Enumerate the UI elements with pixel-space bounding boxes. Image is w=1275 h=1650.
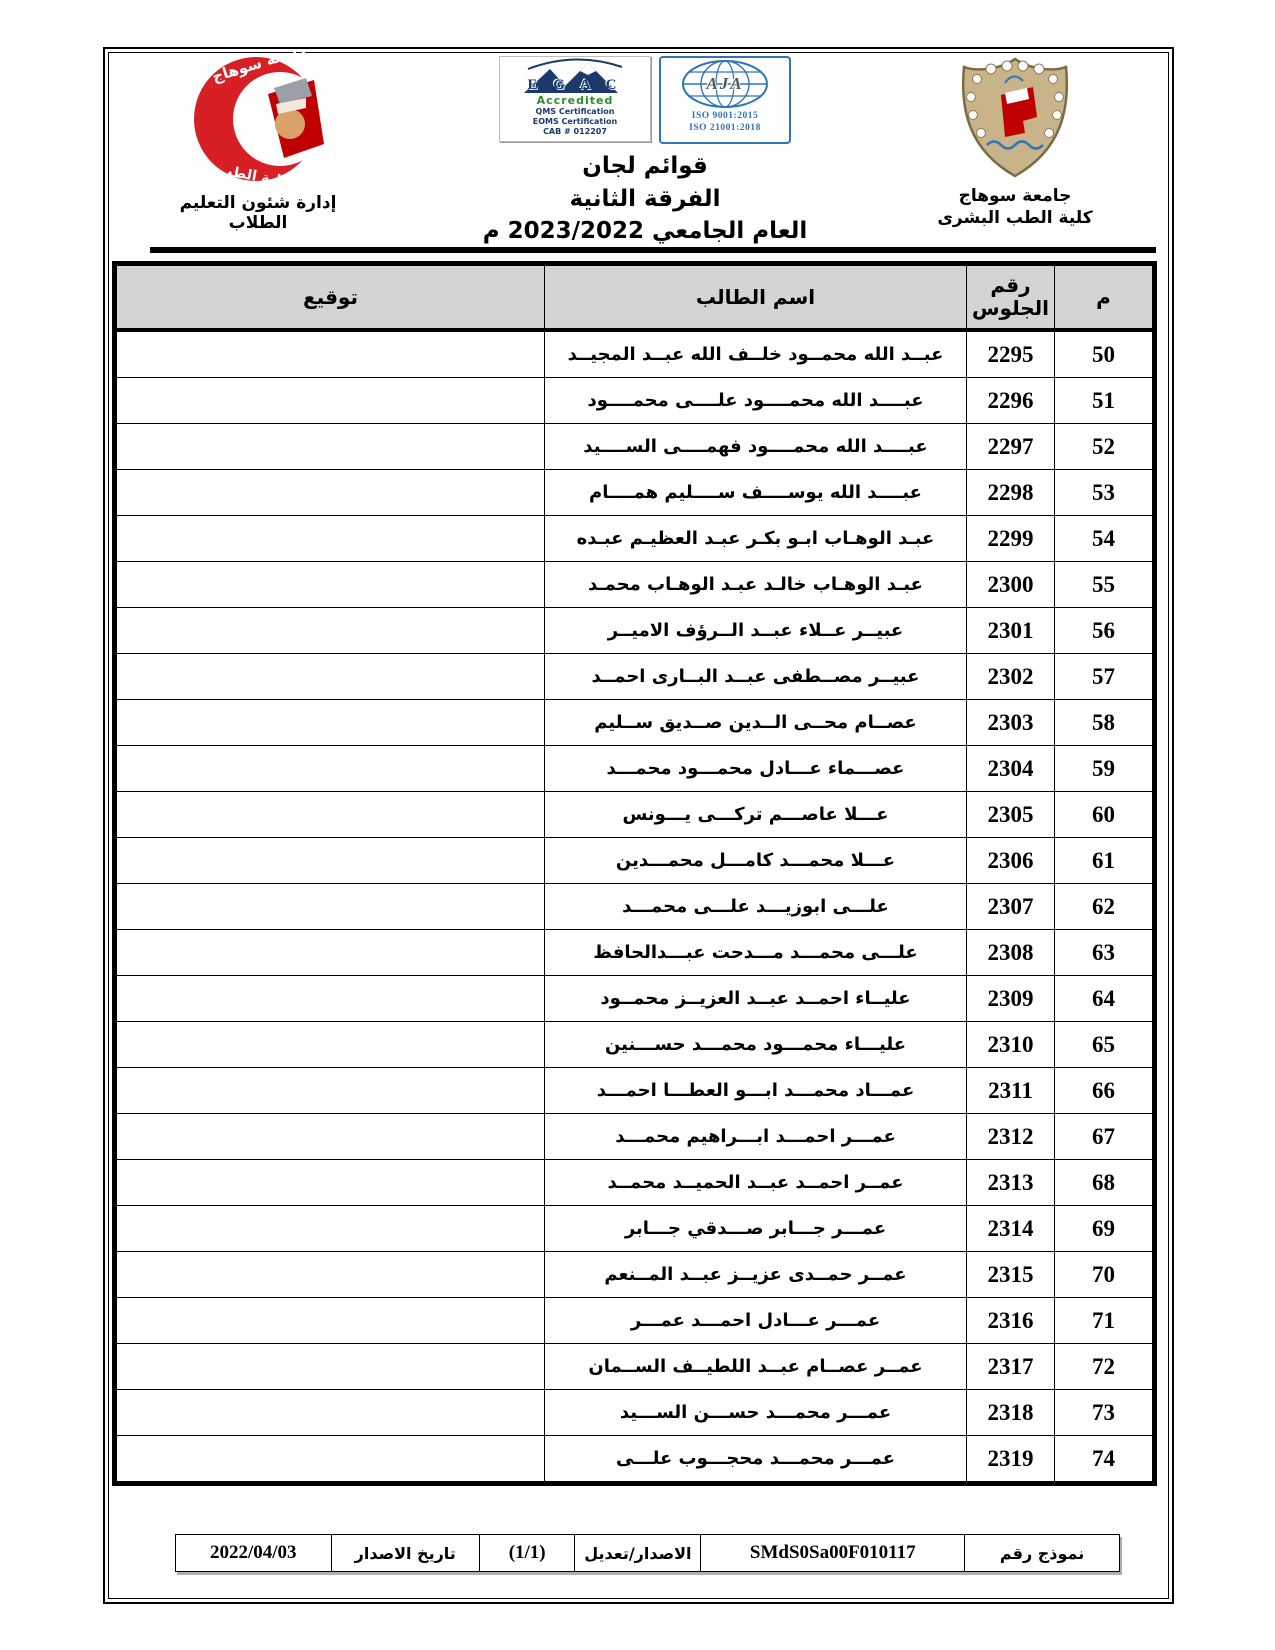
egac-line-cab: CAB # 012207	[533, 127, 617, 137]
row-signature-cell	[115, 424, 545, 470]
issue-date-value: 2022/04/03	[176, 1535, 332, 1572]
row-serial: 63	[1055, 930, 1155, 976]
row-seat-number: 2295	[967, 330, 1055, 378]
department-line: إدارة شئون التعليم الطلاب	[148, 193, 368, 233]
row-serial: 67	[1055, 1114, 1155, 1160]
row-signature-cell	[115, 470, 545, 516]
table-row: 62 2307 علـــى ابوزيـــد علـــى محمـــد	[115, 884, 1155, 930]
row-student-name: عمـــر احمـــد ابـــراهيم محمـــد	[545, 1114, 967, 1160]
form-info-row: نموذج رقم SMdS0Sa00F010117 الاصدار/تعديل…	[176, 1535, 1120, 1572]
table-row: 52 2297 عبــــد الله محمــــود فهمــــى …	[115, 424, 1155, 470]
row-student-name: عمـــاد محمـــد ابـــو العطـــا احمـــد	[545, 1068, 967, 1114]
row-signature-cell	[115, 654, 545, 700]
sohag-medicine-crescent-logo: جامعة سوهاج كلية الطب	[156, 52, 361, 187]
row-seat-number: 2306	[967, 838, 1055, 884]
table-row: 53 2298 عبــــد الله يوســــف ســــليم ه…	[115, 470, 1155, 516]
row-seat-number: 2310	[967, 1022, 1055, 1068]
document-title: قوائم لجان الفرقة الثانية العام الجامعي …	[470, 150, 820, 248]
row-student-name: عبـد الوهـاب خالـد عبـد الوهـاب محمـد	[545, 562, 967, 608]
form-number-value: SMdS0Sa00F010117	[701, 1535, 965, 1572]
header-student-name: اسم الطالب	[545, 264, 967, 331]
row-signature-cell	[115, 378, 545, 424]
title-line-1: قوائم لجان	[470, 150, 820, 183]
title-line-2: الفرقة الثانية	[470, 183, 820, 216]
row-serial: 68	[1055, 1160, 1155, 1206]
row-student-name: عليــاء احمــد عبــد العزيــز محمــود	[545, 976, 967, 1022]
issue-date-label: تاريخ الاصدار	[331, 1535, 479, 1572]
header-left-block: جامعة سوهاج كلية الطب إدارة شئون التعليم…	[148, 52, 368, 233]
table-header-row: م رقم الجلوس اسم الطالب توقيع	[115, 264, 1155, 331]
egac-line-eoms: EOMS Certification	[533, 117, 617, 127]
row-seat-number: 2304	[967, 746, 1055, 792]
row-student-name: عصــام محــى الــدين صــديق ســليم	[545, 700, 967, 746]
row-signature-cell	[115, 562, 545, 608]
table-body: 50 2295 عبــد الله محمــود خلــف الله عب…	[115, 330, 1155, 1484]
row-signature-cell	[115, 1114, 545, 1160]
egac-accredited-label: Accredited	[537, 94, 614, 107]
row-student-name: عبيــر مصــطفى عبــد البــارى احمــد	[545, 654, 967, 700]
aja-registrars-logo: AJA ISO 9001:2015 ISO 21001:2018	[659, 56, 791, 144]
row-seat-number: 2301	[967, 608, 1055, 654]
row-student-name: عمـــر محمـــد محجـــوب علـــى	[545, 1436, 967, 1484]
row-signature-cell	[115, 930, 545, 976]
issue-revision-value: (1/1)	[479, 1535, 574, 1572]
row-student-name: عمـــر جـــابر صـــدقي جـــابر	[545, 1206, 967, 1252]
row-student-name: عبيــر عــلاء عبــد الــرؤف الاميــر	[545, 608, 967, 654]
row-seat-number: 2303	[967, 700, 1055, 746]
table-row: 59 2304 عصـــماء عـــادل محمـــود محمـــ…	[115, 746, 1155, 792]
row-seat-number: 2317	[967, 1344, 1055, 1390]
row-serial: 70	[1055, 1252, 1155, 1298]
row-serial: 62	[1055, 884, 1155, 930]
table-row: 74 2319 عمـــر محمـــد محجـــوب علـــى	[115, 1436, 1155, 1484]
row-student-name: عبــــد الله يوســــف ســــليم همــــام	[545, 470, 967, 516]
table-row: 66 2311 عمـــاد محمـــد ابـــو العطـــا …	[115, 1068, 1155, 1114]
row-signature-cell	[115, 700, 545, 746]
table-row: 73 2318 عمـــر محمـــد حســـن الســـيد	[115, 1390, 1155, 1436]
issue-revision-label: الاصدار/تعديل	[575, 1535, 701, 1572]
row-seat-number: 2305	[967, 792, 1055, 838]
row-signature-cell	[115, 1252, 545, 1298]
row-serial: 64	[1055, 976, 1155, 1022]
row-seat-number: 2318	[967, 1390, 1055, 1436]
row-seat-number: 2313	[967, 1160, 1055, 1206]
row-serial: 53	[1055, 470, 1155, 516]
row-signature-cell	[115, 516, 545, 562]
aja-name: AJA	[661, 74, 789, 94]
row-student-name: عمــر حمــدى عزيــز عبــد المــنعم	[545, 1252, 967, 1298]
row-student-name: عمـــر محمـــد حســـن الســـيد	[545, 1390, 967, 1436]
row-seat-number: 2308	[967, 930, 1055, 976]
row-seat-number: 2314	[967, 1206, 1055, 1252]
row-student-name: علـــى ابوزيـــد علـــى محمـــد	[545, 884, 967, 930]
row-student-name: عبــــد الله محمــــود علــــى محمــــود	[545, 378, 967, 424]
row-student-name: عمــر احمــد عبــد الحميــد محمــد	[545, 1160, 967, 1206]
row-student-name: عبــــد الله محمــــود فهمــــى الســــي…	[545, 424, 967, 470]
header-signature: توقيع	[115, 264, 545, 331]
row-signature-cell	[115, 1298, 545, 1344]
table-row: 72 2317 عمــر عصــام عبــد اللطيــف السـ…	[115, 1344, 1155, 1390]
row-serial: 51	[1055, 378, 1155, 424]
row-signature-cell	[115, 1068, 545, 1114]
row-signature-cell	[115, 884, 545, 930]
row-seat-number: 2316	[967, 1298, 1055, 1344]
table-row: 67 2312 عمـــر احمـــد ابـــراهيم محمـــ…	[115, 1114, 1155, 1160]
row-serial: 65	[1055, 1022, 1155, 1068]
faculty-name: كلية الطب البشرى	[915, 207, 1115, 229]
row-serial: 56	[1055, 608, 1155, 654]
row-serial: 74	[1055, 1436, 1155, 1484]
row-serial: 55	[1055, 562, 1155, 608]
row-student-name: علـــى محمـــد مـــدحت عبـــدالحافظ	[545, 930, 967, 976]
row-signature-cell	[115, 1022, 545, 1068]
row-student-name: عصـــماء عـــادل محمـــود محمـــد	[545, 746, 967, 792]
row-student-name: عبـد الوهـاب ابـو بكـر عبـد العظيـم عبـد…	[545, 516, 967, 562]
row-seat-number: 2300	[967, 562, 1055, 608]
table-row: 51 2296 عبــــد الله محمــــود علــــى م…	[115, 378, 1155, 424]
egac-name: E G A C	[528, 77, 623, 94]
certification-logos-row: E G A C Accredited QMS Certification EOM…	[470, 56, 820, 144]
row-serial: 66	[1055, 1068, 1155, 1114]
table-row: 71 2316 عمـــر عـــادل احمـــد عمـــر	[115, 1298, 1155, 1344]
aja-iso-21001: ISO 21001:2018	[689, 122, 761, 134]
row-signature-cell	[115, 1160, 545, 1206]
row-serial: 73	[1055, 1390, 1155, 1436]
row-seat-number: 2319	[967, 1436, 1055, 1484]
header-serial: م	[1055, 264, 1155, 331]
table-row: 50 2295 عبــد الله محمــود خلــف الله عب…	[115, 330, 1155, 378]
row-signature-cell	[115, 608, 545, 654]
header-right-block: جامعة سوهاج كلية الطب البشرى	[915, 55, 1115, 229]
row-serial: 57	[1055, 654, 1155, 700]
table-row: 57 2302 عبيــر مصــطفى عبــد البــارى اح…	[115, 654, 1155, 700]
row-serial: 52	[1055, 424, 1155, 470]
row-student-name: عليـــاء محمـــود محمـــد حســـنين	[545, 1022, 967, 1068]
row-student-name: عـــلا محمـــد كامـــل محمـــدين	[545, 838, 967, 884]
table-row: 65 2310 عليـــاء محمـــود محمـــد حســـن…	[115, 1022, 1155, 1068]
row-student-name: عبــد الله محمــود خلــف الله عبــد المج…	[545, 330, 967, 378]
table-row: 60 2305 عـــلا عاصـــم تركـــى يـــونس	[115, 792, 1155, 838]
form-info-table: نموذج رقم SMdS0Sa00F010117 الاصدار/تعديل…	[175, 1534, 1120, 1572]
row-serial: 72	[1055, 1344, 1155, 1390]
row-seat-number: 2315	[967, 1252, 1055, 1298]
row-seat-number: 2296	[967, 378, 1055, 424]
egac-line-qms: QMS Certification	[533, 107, 617, 117]
document-page: جامعة سوهاج كلية الطب إدارة شئون التعليم…	[0, 0, 1275, 1650]
row-serial: 71	[1055, 1298, 1155, 1344]
header-center-block: E G A C Accredited QMS Certification EOM…	[470, 56, 820, 248]
header-seat-number: رقم الجلوس	[967, 264, 1055, 331]
egac-accreditation-logo: E G A C Accredited QMS Certification EOM…	[499, 56, 651, 142]
table-row: 61 2306 عـــلا محمـــد كامـــل محمـــدين	[115, 838, 1155, 884]
table-row: 64 2309 عليــاء احمــد عبــد العزيــز مح…	[115, 976, 1155, 1022]
table-row: 69 2314 عمـــر جـــابر صـــدقي جـــابر	[115, 1206, 1155, 1252]
row-signature-cell	[115, 838, 545, 884]
row-seat-number: 2311	[967, 1068, 1055, 1114]
row-seat-number: 2298	[967, 470, 1055, 516]
row-student-name: عـــلا عاصـــم تركـــى يـــونس	[545, 792, 967, 838]
row-signature-cell	[115, 792, 545, 838]
row-student-name: عمـــر عـــادل احمـــد عمـــر	[545, 1298, 967, 1344]
table-row: 68 2313 عمــر احمــد عبــد الحميــد محمـ…	[115, 1160, 1155, 1206]
table-row: 70 2315 عمــر حمــدى عزيــز عبــد المــن…	[115, 1252, 1155, 1298]
row-serial: 54	[1055, 516, 1155, 562]
table-row: 58 2303 عصــام محــى الــدين صــديق ســل…	[115, 700, 1155, 746]
row-serial: 50	[1055, 330, 1155, 378]
row-serial: 61	[1055, 838, 1155, 884]
row-signature-cell	[115, 1206, 545, 1252]
aja-iso-9001: ISO 9001:2015	[689, 110, 761, 122]
row-signature-cell	[115, 976, 545, 1022]
row-seat-number: 2299	[967, 516, 1055, 562]
row-seat-number: 2307	[967, 884, 1055, 930]
row-serial: 58	[1055, 700, 1155, 746]
committee-list-table: م رقم الجلوس اسم الطالب توقيع 50 2295 عب…	[112, 261, 1157, 1486]
row-signature-cell	[115, 1436, 545, 1484]
university-name: جامعة سوهاج	[915, 185, 1115, 207]
row-signature-cell	[115, 330, 545, 378]
row-serial: 69	[1055, 1206, 1155, 1252]
header-divider-rule	[150, 247, 1156, 253]
table-row: 56 2301 عبيــر عــلاء عبــد الــرؤف الام…	[115, 608, 1155, 654]
table-row: 55 2300 عبـد الوهـاب خالـد عبـد الوهـاب …	[115, 562, 1155, 608]
form-number-label: نموذج رقم	[965, 1535, 1120, 1572]
row-seat-number: 2312	[967, 1114, 1055, 1160]
title-line-3: العام الجامعي 2023/2022 م	[470, 215, 820, 248]
row-seat-number: 2297	[967, 424, 1055, 470]
row-seat-number: 2302	[967, 654, 1055, 700]
row-student-name: عمــر عصــام عبــد اللطيــف الســمان	[545, 1344, 967, 1390]
sohag-university-shield-logo	[957, 55, 1073, 181]
row-seat-number: 2309	[967, 976, 1055, 1022]
table-row: 54 2299 عبـد الوهـاب ابـو بكـر عبـد العظ…	[115, 516, 1155, 562]
row-serial: 59	[1055, 746, 1155, 792]
row-signature-cell	[115, 1390, 545, 1436]
row-signature-cell	[115, 746, 545, 792]
row-signature-cell	[115, 1344, 545, 1390]
row-serial: 60	[1055, 792, 1155, 838]
table-row: 63 2308 علـــى محمـــد مـــدحت عبـــدالح…	[115, 930, 1155, 976]
